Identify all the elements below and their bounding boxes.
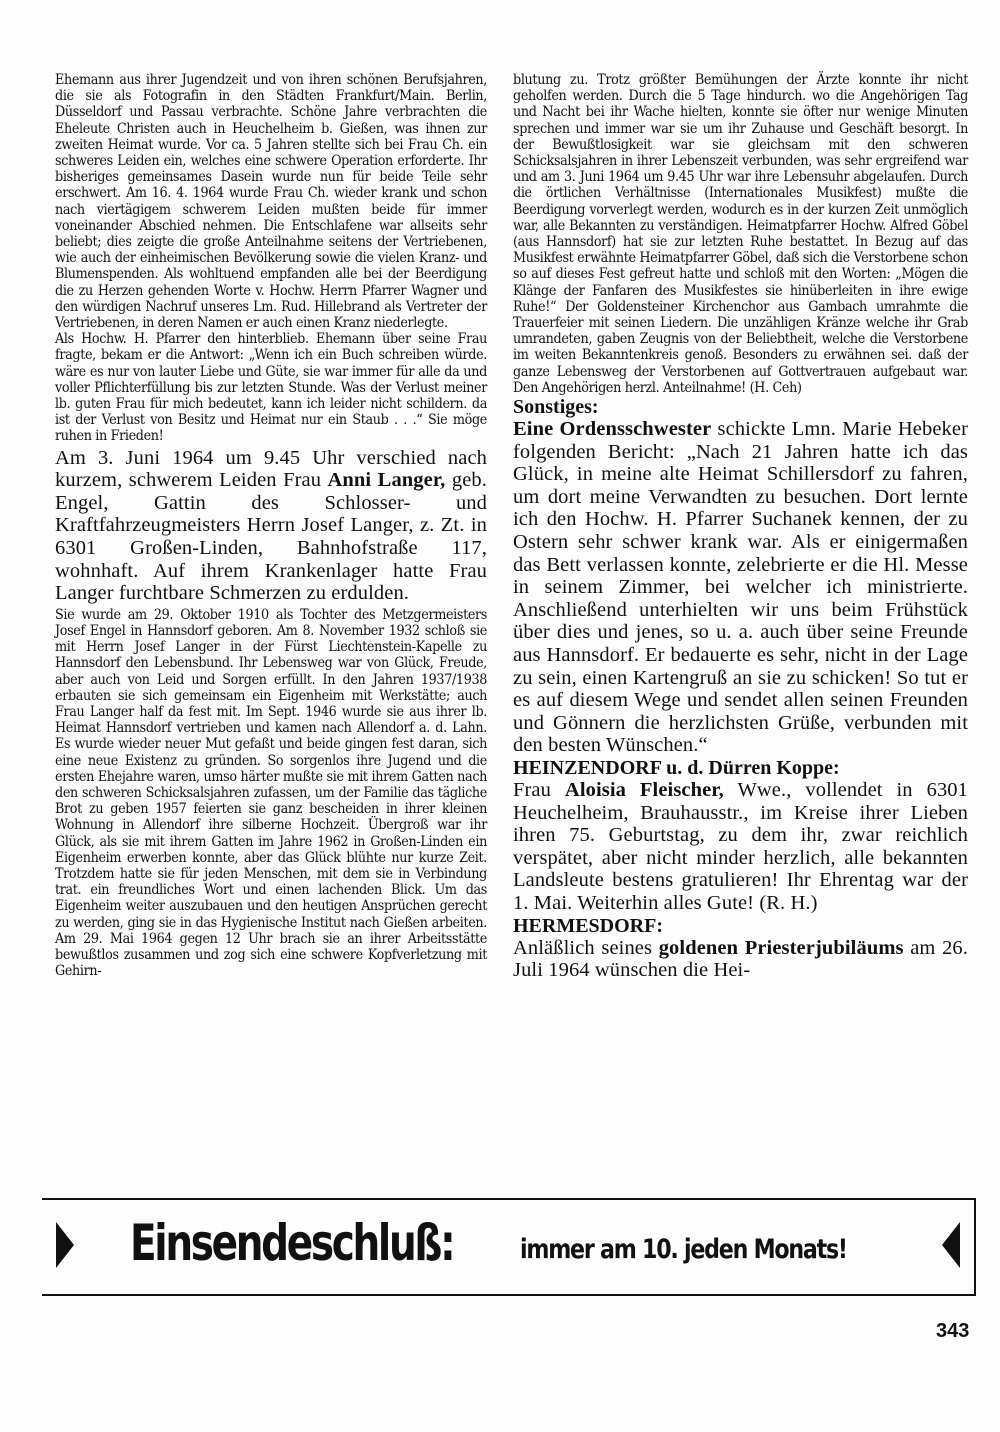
triangle-left-icon bbox=[942, 1222, 960, 1268]
person-name: Anni Langer, bbox=[328, 469, 446, 491]
deadline-banner: Einsendeschluß: immer am 10. jeden Monat… bbox=[42, 1198, 976, 1296]
paragraph: blutung zu. Trotz größter Bemühungen der… bbox=[513, 72, 968, 396]
paragraph: Sie wurde am 29. Oktober 1910 als Tochte… bbox=[55, 607, 487, 980]
text: schickte Lmn. Marie Hebeker folgenden Be… bbox=[513, 418, 968, 756]
paragraph: Als Hochw. H. Pfarrer den hinterblieb. E… bbox=[55, 331, 487, 444]
page-number: 343 bbox=[936, 1320, 969, 1343]
paragraph: Anläßlich seines goldenen Priesterjubilä… bbox=[513, 937, 968, 982]
text: Frau bbox=[513, 779, 565, 801]
left-column: Ehemann aus ihrer Jugendzeit und von ihr… bbox=[55, 72, 487, 980]
section-heading-hermesdorf: HERMESDORF: bbox=[513, 915, 968, 937]
triangle-right-icon bbox=[56, 1222, 74, 1268]
fleischer-birthday: Frau Aloisia Fleischer, Wwe., vollendet … bbox=[513, 779, 968, 915]
person-name: Aloisia Fleischer, bbox=[565, 779, 724, 801]
ordensschwester-report: Eine Ordensschwester schickte Lmn. Marie… bbox=[513, 418, 968, 757]
paragraph: Am 3. Juni 1964 um 9.45 Uhr verschied na… bbox=[55, 447, 487, 605]
obituary-langer-intro: Am 3. Juni 1964 um 9.45 Uhr verschied na… bbox=[55, 447, 487, 605]
bold-phrase: goldenen Priesterjubiläums bbox=[659, 937, 904, 959]
obituary-christen: Ehemann aus ihrer Jugendzeit und von ihr… bbox=[55, 72, 487, 445]
newspaper-page: Ehemann aus ihrer Jugendzeit und von ihr… bbox=[0, 0, 1000, 1432]
right-column: blutung zu. Trotz größter Bemühungen der… bbox=[513, 72, 968, 982]
paragraph: Eine Ordensschwester schickte Lmn. Marie… bbox=[513, 418, 968, 757]
paragraph: Ehemann aus ihrer Jugendzeit und von ihr… bbox=[55, 72, 487, 331]
text: Anläßlich seines bbox=[513, 937, 659, 959]
bold-lead: Eine Ordensschwester bbox=[513, 418, 711, 440]
obituary-langer-continued: blutung zu. Trotz größter Bemühungen der… bbox=[513, 72, 968, 396]
priest-jubilee: Anläßlich seines goldenen Priesterjubilä… bbox=[513, 937, 968, 982]
obituary-langer-body: Sie wurde am 29. Oktober 1910 als Tochte… bbox=[55, 607, 487, 980]
paragraph: Frau Aloisia Fleischer, Wwe., vollendet … bbox=[513, 779, 968, 915]
section-heading-sonstiges: Sonstiges: bbox=[513, 396, 968, 418]
banner-subtitle: immer am 10. jeden Monats! bbox=[520, 1234, 847, 1265]
section-heading-heinzendorf: HEINZENDORF u. d. Dürren Koppe: bbox=[513, 757, 968, 779]
banner-title: Einsendeschluß: bbox=[130, 1214, 453, 1272]
